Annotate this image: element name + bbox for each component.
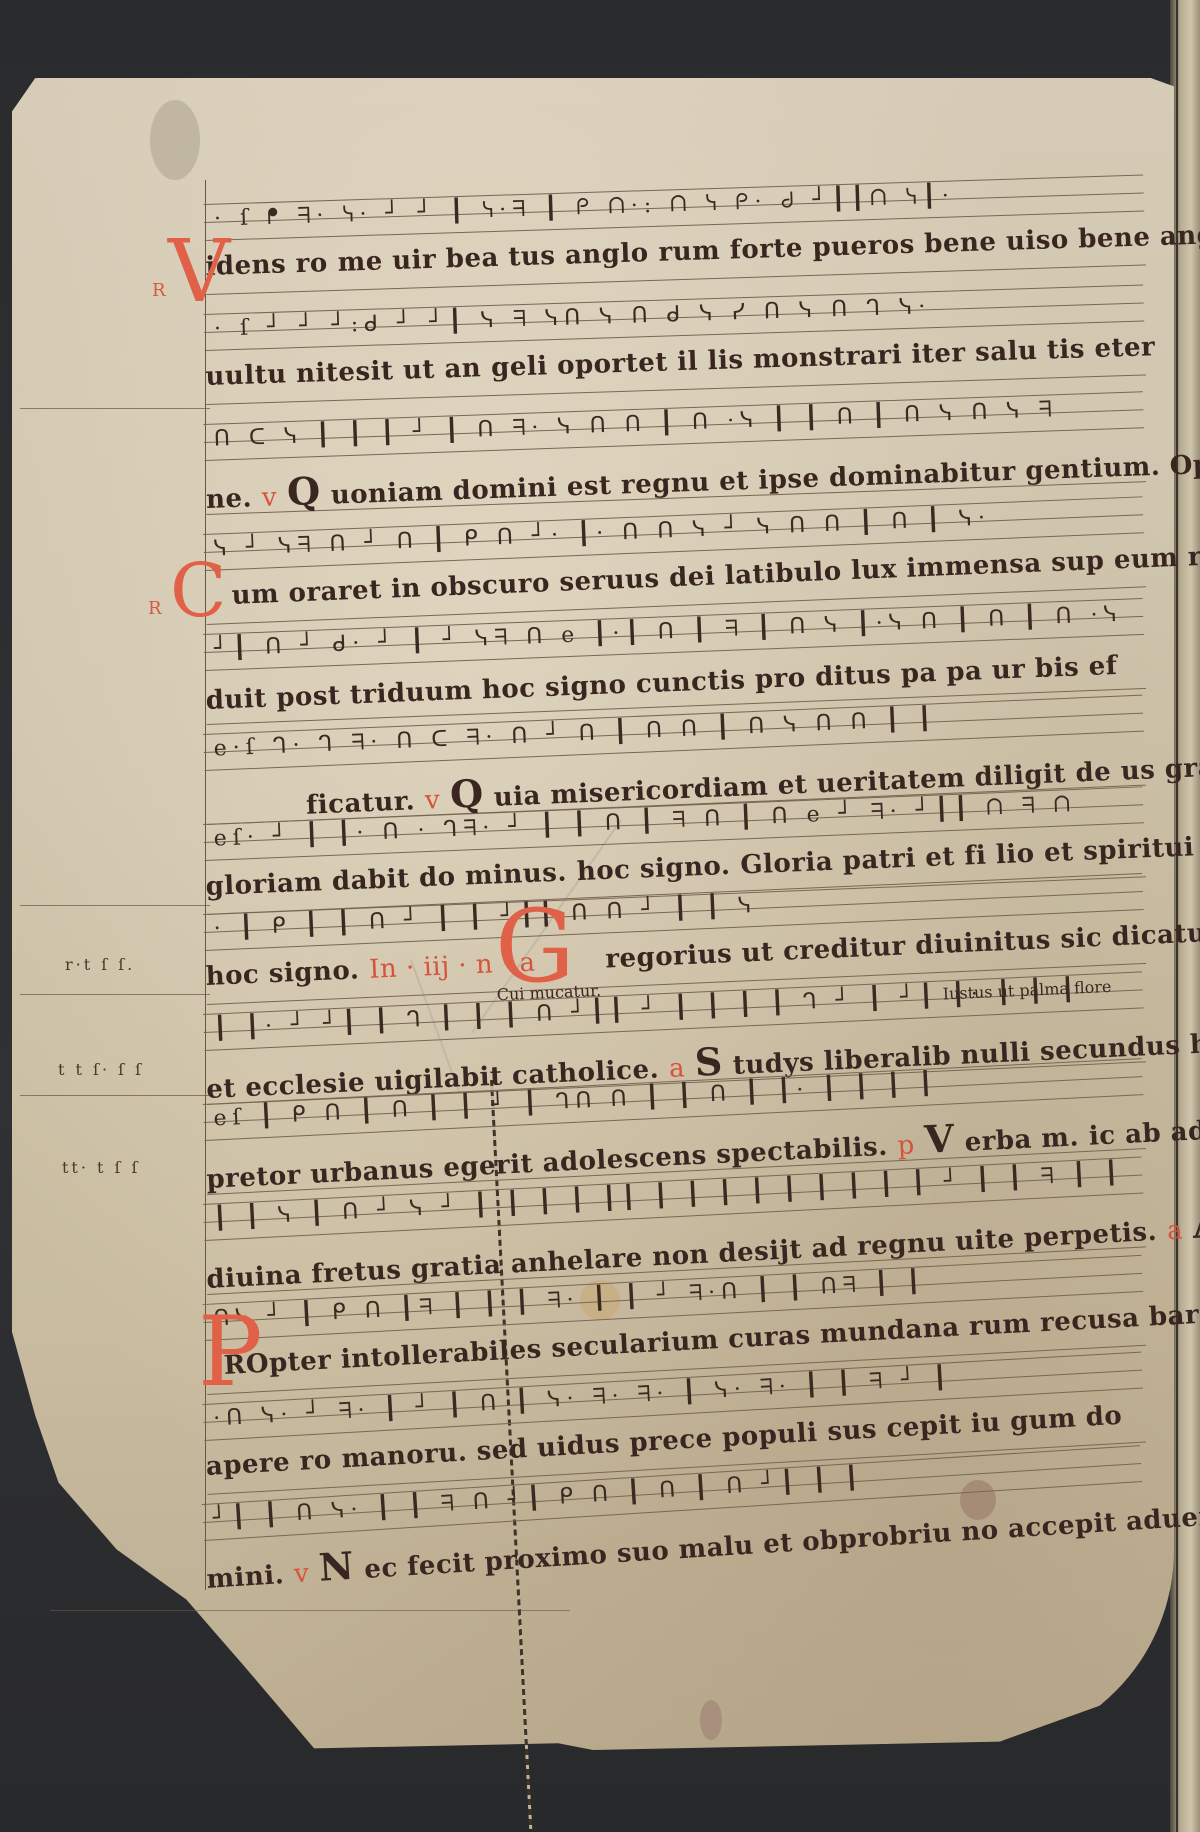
decorated-initial-p: P: [198, 1296, 263, 1408]
rubric-cue: a: [1166, 1216, 1184, 1247]
decorated-initial-v: V: [168, 222, 230, 322]
initial-v: V: [923, 1115, 955, 1161]
initial-a: A: [1192, 1201, 1200, 1247]
versicle-mark: v: [261, 483, 277, 514]
adjacent-page-edge: [1170, 0, 1200, 1832]
bottom-ruling: [50, 1610, 570, 1611]
response-mark: R: [152, 280, 166, 301]
margin-neume-cue: r·t ſ ſ.: [65, 955, 135, 974]
decorated-initial-c: C: [170, 548, 227, 634]
margin-ruling: [20, 994, 210, 995]
margin-neume-cue: tt· t ſ ſ: [62, 1158, 140, 1177]
margin-ruling: [20, 1095, 210, 1096]
versicle-mark: v: [293, 1559, 310, 1590]
initial-q: Q: [286, 468, 321, 514]
margin-ruling: [20, 408, 210, 409]
initial-n: N: [318, 1543, 356, 1590]
rubric-cue: p: [897, 1130, 916, 1161]
decorated-initial-g: G: [495, 888, 575, 1005]
margin-ruling: [20, 905, 210, 906]
stain: [700, 1700, 722, 1740]
stain: [150, 100, 200, 180]
margin-neume-cue: t t ſ· ſ ſ: [58, 1060, 144, 1079]
page-gutter-line: [1176, 0, 1178, 1832]
response-mark: R: [148, 598, 162, 619]
